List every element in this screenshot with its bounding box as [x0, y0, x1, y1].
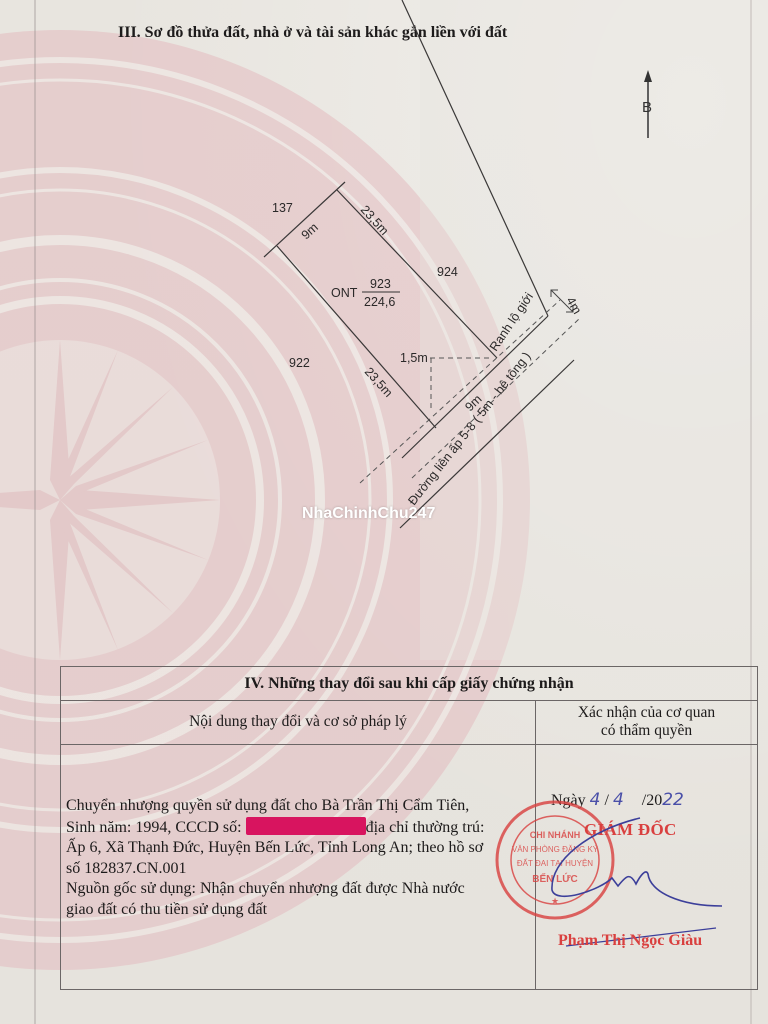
official-stamp: CHI NHÁNH VĂN PHÒNG ĐĂNG KÝ ĐẤT ĐAI TẠI … [0, 0, 768, 1024]
svg-text:VĂN PHÒNG ĐĂNG KÝ: VĂN PHÒNG ĐĂNG KÝ [512, 845, 599, 854]
svg-text:ĐẤT ĐAI TẠI HUYỆN: ĐẤT ĐAI TẠI HUYỆN [517, 858, 593, 868]
svg-text:CHI NHÁNH: CHI NHÁNH [530, 830, 581, 840]
svg-text:★: ★ [551, 896, 559, 906]
signer-name: Phạm Thị Ngọc Giàu [558, 932, 702, 950]
